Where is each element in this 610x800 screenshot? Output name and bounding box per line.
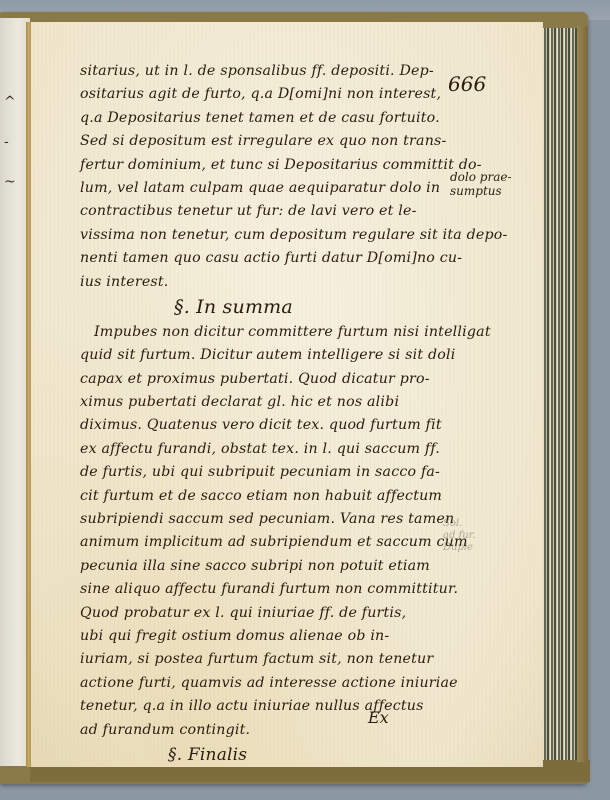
cover-fore-edge	[577, 26, 588, 762]
catchword: Ex	[368, 708, 389, 727]
text-line: ubi qui fregit ostium domus alienae ob i…	[80, 625, 480, 648]
text-line: animum implicitum ad subripiendum et sac…	[80, 531, 480, 554]
left-page-marks: ^ - ~	[4, 82, 16, 202]
text-line: Quod probatur ex l. qui iniuriae ff. de …	[80, 602, 480, 625]
text-line: vissima non tenetur, cum depositum regul…	[80, 224, 480, 247]
text-line: ex affectu furandi, obstat tex. in l. qu…	[80, 438, 480, 461]
text-line: diximus. Quatenus vero dicit tex. quod f…	[80, 414, 480, 437]
text-line: subripiendi saccum sed pecuniam. Vana re…	[80, 508, 480, 531]
text-line: nenti tamen quo casu actio furti datur D…	[80, 247, 480, 270]
text-line: ximus pubertati declarat gl. hic et nos …	[80, 391, 480, 414]
manuscript-text: sitarius, ut in l. de sponsalibus ff. de…	[80, 60, 480, 769]
text-line: actione furti, quamvis ad interesse acti…	[80, 672, 480, 695]
text-line: de furtis, ubi qui subripuit pecuniam in…	[80, 461, 480, 484]
text-line: tenetur, q.a in illo actu iniuriae nullu…	[80, 695, 480, 718]
text-line: Sed si depositum est irregulare ex quo n…	[80, 130, 480, 153]
text-line: ius interest.	[80, 271, 480, 294]
text-line: lum, vel latam culpam quae aequiparatur …	[80, 177, 480, 200]
text-line: ositarius agit de furto, q.a D[omi]ni no…	[80, 83, 480, 106]
text-line: pecunia illa sine sacco subripi non potu…	[80, 555, 480, 578]
text-line: fertur dominium, et tunc si Depositarius…	[80, 154, 480, 177]
text-line: cit furtum et de sacco etiam non habuit …	[80, 485, 480, 508]
text-line: sitarius, ut in l. de sponsalibus ff. de…	[80, 60, 480, 83]
text-line: ad furandum contingit.	[80, 719, 480, 742]
section-heading-finalis: §. Finalis	[80, 742, 480, 769]
text-line: Impubes non dicitur committere furtum ni…	[80, 321, 480, 344]
section-heading-in-summa: §. In summa	[80, 294, 480, 321]
text-line: q.a Depositarius tenet tamen et de casu …	[80, 107, 480, 130]
text-line: contractibus tenetur ut fur: de lavi ver…	[80, 200, 480, 223]
text-line: iuriam, si postea furtum factum sit, non…	[80, 648, 480, 671]
text-line: quid sit furtum. Dicitur autem intellige…	[80, 344, 480, 367]
text-line: sine aliquo affectu furandi furtum non c…	[80, 578, 480, 601]
text-line: capax et proximus pubertati. Quod dicatu…	[80, 368, 480, 391]
